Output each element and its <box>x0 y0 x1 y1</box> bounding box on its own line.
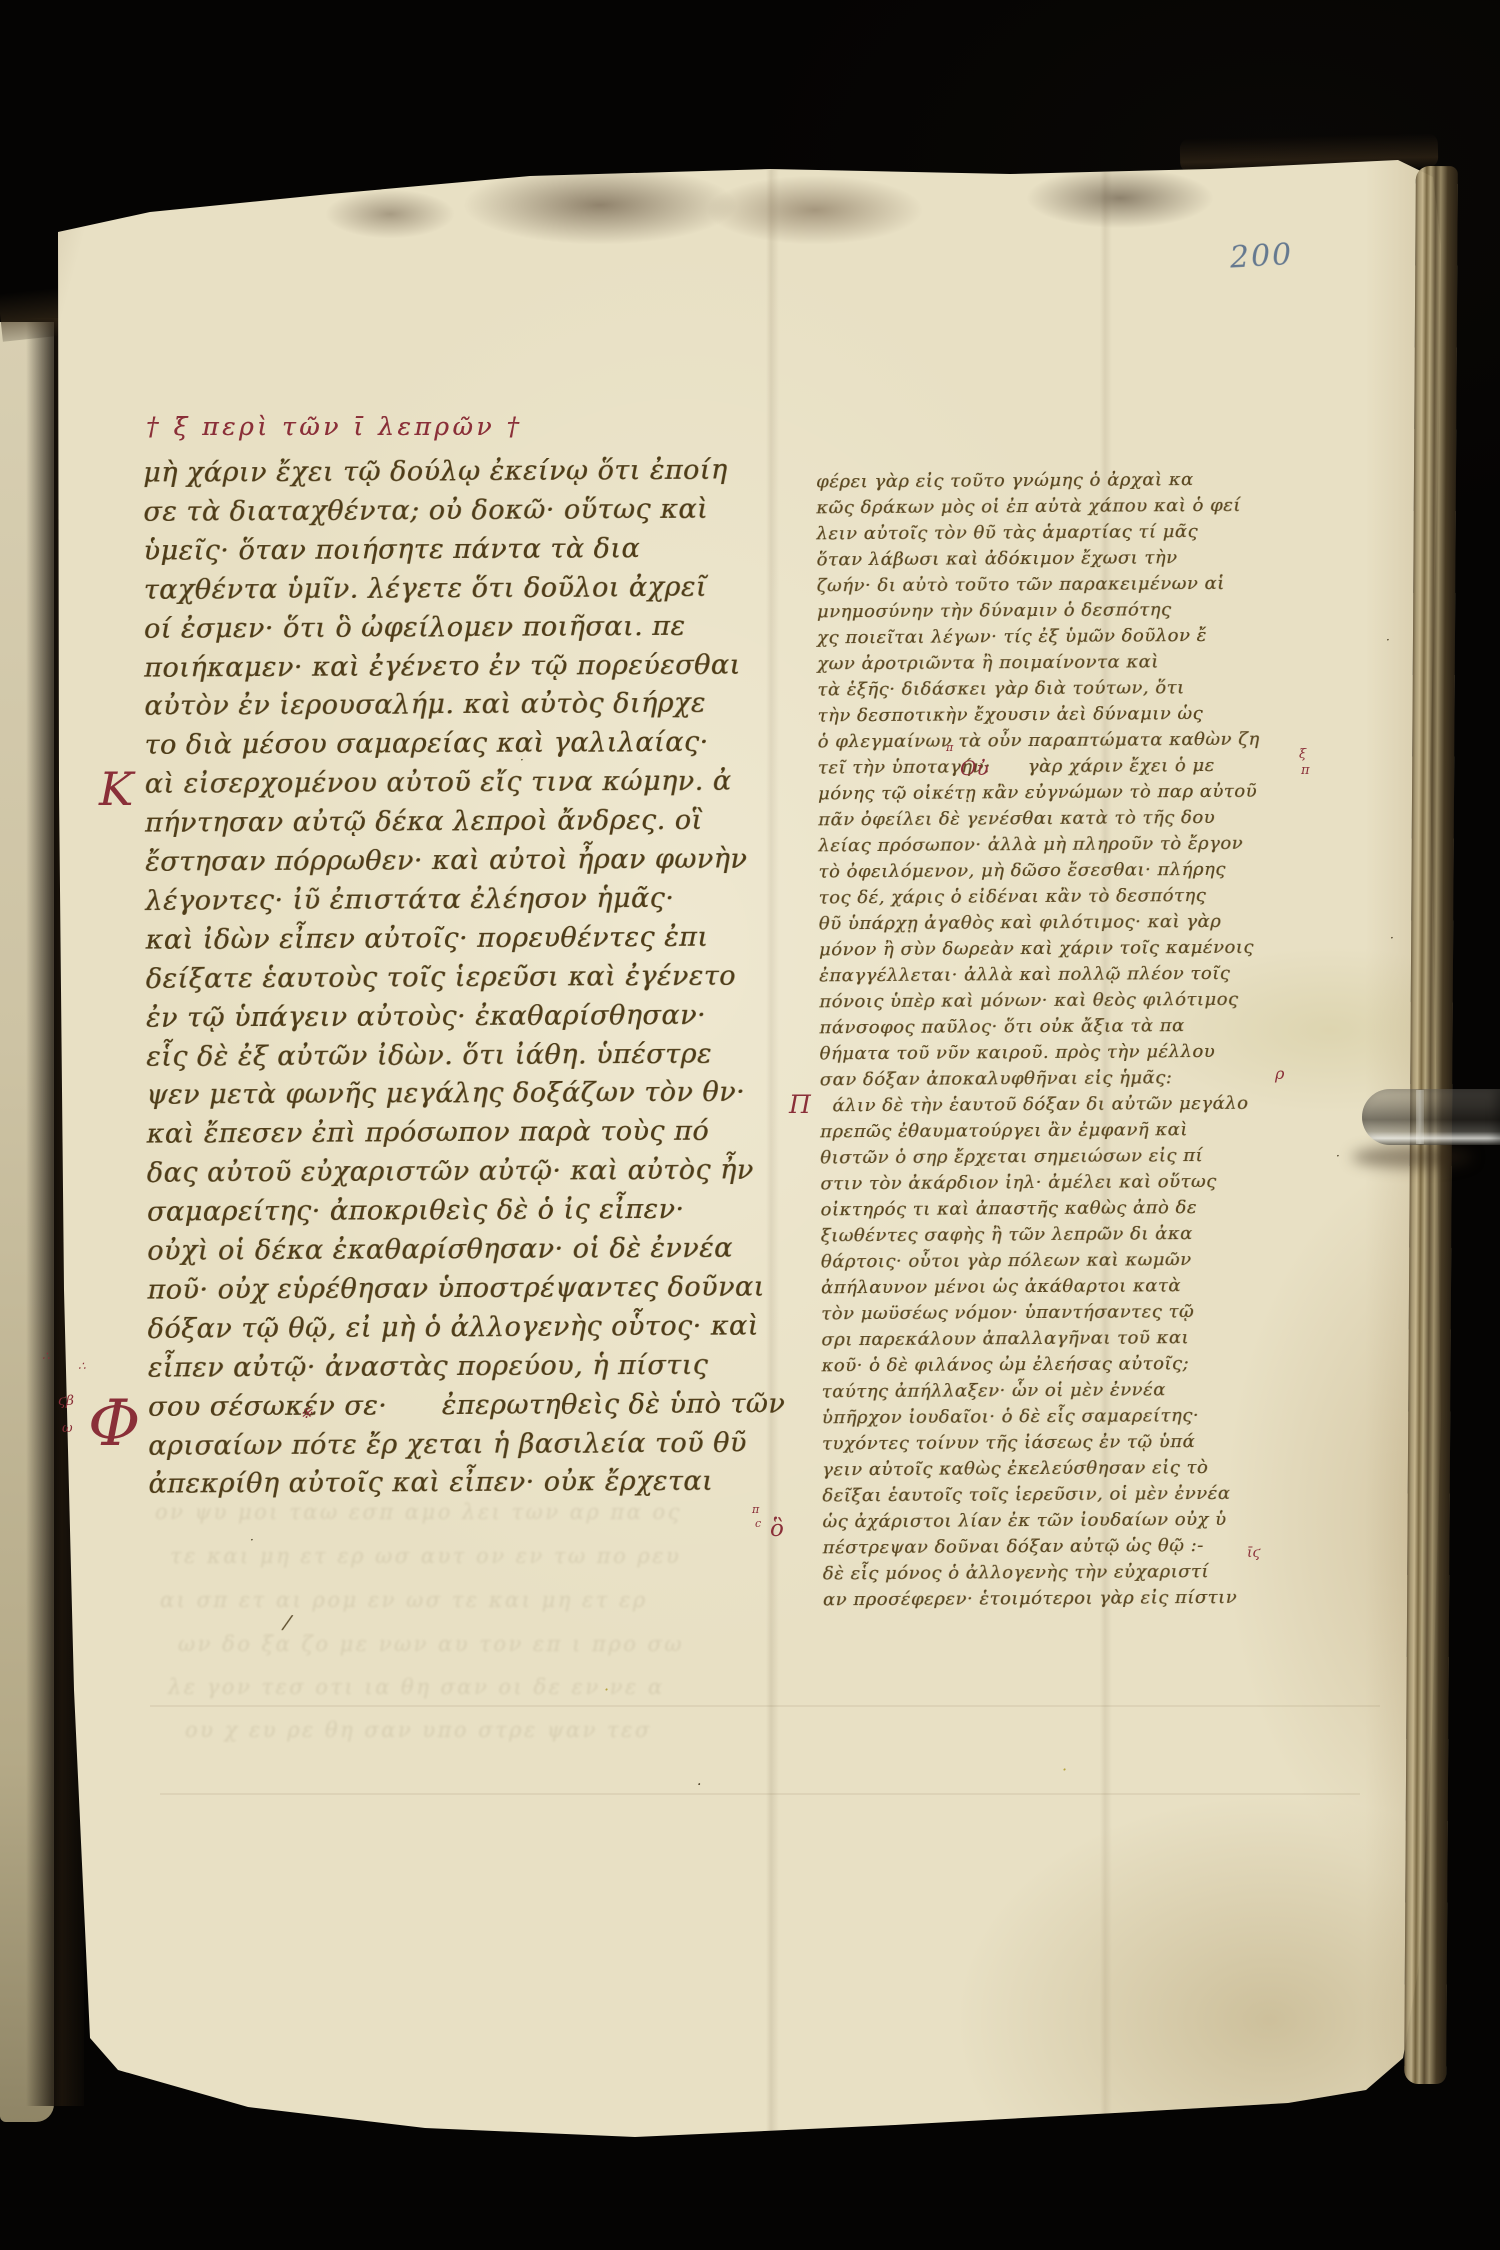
manuscript-line: φέρει γὰρ εἰς τοῦτο γνώμης ὁ ἀρχαὶ κα <box>816 469 1194 492</box>
manuscript-line: ἐν τῷ ὑπάγειν αὐτοὺς· ἐκαθαρίσθησαν· <box>146 999 706 1033</box>
manuscript-line: αν προσέφερεν· ἑτοιμότεροι γὰρ εἰς πίστι… <box>823 1587 1237 1611</box>
gospel-text-column: μὴ χάριν ἔχει τῷ δούλῳ ἐκείνῳ ὅτι ἐποίησ… <box>143 454 763 457</box>
marginal-mark: · <box>520 754 524 766</box>
manuscript-line: δας αὐτοῦ εὐχαριστῶν αὐτῷ· καὶ αὐτὸς ἦν <box>147 1155 754 1189</box>
manuscript-line: ἀπεκρίθη αὐτοῖς καὶ εἶπεν· οὐκ ἔρχεται <box>148 1466 713 1500</box>
manuscript-line: μνημοσύνην τὴν δύναμιν ὁ δεσπότης <box>817 599 1172 622</box>
manuscript-line: οί ἐσμεν· ὅτι ὃ ὠφείλομεν ποιῆσαι. πε <box>144 610 686 644</box>
manuscript-line: αρισαίων πότε ἔρ χεται ἡ βασιλεία τοῦ θῦ <box>148 1427 747 1461</box>
manuscript-line: ἀπήλαυνον μένοι ὡς ἀκάθαρτοι κατὰ <box>821 1275 1181 1298</box>
manuscript-line: τὸ ὀφειλόμενον, μὴ δῶσο ἔσεσθαι· πλήρης <box>818 859 1225 882</box>
manuscript-line: ταύτης ἀπήλλαξεν· ὧν οἱ μὲν ἐννέα <box>822 1379 1166 1402</box>
marginal-mark: · <box>1386 634 1390 646</box>
manuscript-line: θάρτοις· οὗτοι γὰρ πόλεων καὶ κωμῶν <box>821 1249 1192 1272</box>
manuscript-line: οὐχὶ οἱ δέκα ἐκαθαρίσθησαν· οἱ δὲ ἐννέα <box>147 1233 733 1267</box>
marginal-mark: c <box>755 1518 761 1529</box>
marginal-mark: ὃ <box>770 1518 784 1541</box>
marginal-mark: ϛβ <box>58 1394 74 1408</box>
manuscript-photograph: † ξ̄ περὶ τῶν ῑ λεπρῶν † μὴ χάριν ἔχει τ… <box>0 0 1500 2250</box>
marginal-mark: π <box>946 742 953 753</box>
manuscript-line: θήματα τοῦ νῦν καιροῦ. πρὸς τὴν μέλλου <box>819 1041 1215 1064</box>
manuscript-line: λείας πρόσωπον· ἀλλὰ μὴ πληροῦν τὸ ἔργον <box>818 833 1243 857</box>
manuscript-line: χς ποιεῖται λέγων· τίς ἐξ ὑμῶν δοῦλον ἔ <box>817 625 1207 648</box>
manuscript-line: πάνσοφος παῦλος· ὅτι οὐκ ἄξια τὰ πα <box>819 1015 1184 1038</box>
manuscript-line: ταχθέντα ὑμῖν. λέγετε ὅτι δοῦλοι ἀχρεῖ <box>144 571 707 605</box>
manuscript-line: αὐτὸν ἐν ἱερουσαλήμ. καὶ αὐτὸς διήρχε <box>144 688 706 722</box>
manuscript-line: αὶ εἰσερχομένου αὐτοῦ εἴς τινα κώμην. ἀ <box>145 766 732 800</box>
manuscript-line: τος δέ, χάρις ὁ εἰδέναι κἂν τὸ δεσπότης <box>819 885 1207 908</box>
manuscript-line: ἐπαγγέλλεται· ἀλλὰ καὶ πολλῷ πλέον τοῖς <box>819 963 1230 987</box>
marginal-mark: · <box>250 1534 254 1546</box>
manuscript-line: τὸν μωϋσέως νόμον· ὑπαντήσαντες τῷ <box>821 1301 1194 1324</box>
chapter-rubric-title: † ξ̄ περὶ τῶν ῑ λεπρῶν † <box>146 412 522 441</box>
manuscript-line: τεῖ τὴν ὑποταγήν: γὰρ χάριν ἔχει ὁ με <box>818 755 1215 778</box>
marginal-mark: ∴ <box>42 1350 50 1362</box>
manuscript-line: δόξαν τῷ θῷ, εἰ μὴ ὁ ἀλλογενὴς οὗτος· κα… <box>147 1310 758 1344</box>
manuscript-line: ὅταν λάβωσι καὶ ἀδόκιμον ἔχωσι τὴν <box>816 547 1177 570</box>
marginal-mark: ∴ <box>78 1360 86 1372</box>
marginal-mark: ῑϛ <box>1247 1546 1260 1560</box>
bleedthrough-line: τε και μη ετ ερ ωσ αυτ ον εν τω πο ρευ <box>170 1544 681 1568</box>
manuscript-line: στιν τὸν ἀκάρδιον ἰηλ· ἀμέλει καὶ οὕτως <box>820 1171 1216 1194</box>
commentary-text-column: φέρει γὰρ εἰς τοῦτο γνώμης ὁ ἀρχαὶ κακῶς… <box>816 469 1256 472</box>
ruling-line <box>160 1793 1360 1795</box>
manuscript-line: μόνον ἢ σὺν δωρεὰν καὶ χάριν τοῖς καμένο… <box>819 937 1254 961</box>
manuscript-line: τὰ ἑξῆς· διδάσκει γὰρ διὰ τούτων, ὅτι <box>817 677 1184 700</box>
marginal-mark: π <box>752 1504 759 1515</box>
manuscript-line: δεῖξαι ἑαυτοῖς τοῖς ἱερεῦσιν, οἱ μὲν ἐνν… <box>822 1483 1230 1506</box>
manuscript-line: πέστρεψαν δοῦναι δόξαν αὐτῷ ὡς θῷ :- <box>823 1535 1204 1558</box>
manuscript-line: ζωήν· δι αὐτὸ τοῦτο τῶν παρακειμένων αἱ <box>817 573 1225 596</box>
marginal-mark: Οὐ <box>960 758 989 778</box>
manuscript-line: ψεν μετὰ φωνῆς μεγάλης δοξάζων τὸν θν· <box>146 1077 745 1111</box>
rod-shadow <box>1352 1146 1472 1168</box>
parchment-page: † ξ̄ περὶ τῶν ῑ λεπρῶν † μὴ χάριν ἔχει τ… <box>0 0 1500 2250</box>
marginal-mark: π <box>1301 764 1310 777</box>
marginal-mark: · <box>1390 932 1394 944</box>
manuscript-line: πόνοις ὑπὲρ καὶ μόνων· καὶ θεὸς φιλότιμο… <box>819 989 1238 1013</box>
manuscript-line: χων ἀροτριῶντα ἢ ποιμαίνοντα καὶ <box>817 651 1159 674</box>
manuscript-line: κῶς δράκων μὸς οἱ ἐπ αὐτὰ χάπου καὶ ὁ φε… <box>816 495 1241 519</box>
manuscript-line: ποιήκαμεν· καὶ ἐγένετο ἐν τῷ πορεύεσθαι <box>144 649 741 683</box>
ruling-line <box>150 1705 1380 1707</box>
manuscript-line: δὲ εἷς μόνος ὁ ἀλλογενὴς τὴν εὐχαριστί <box>823 1561 1209 1584</box>
manuscript-line: το διὰ μέσου σαμαρείας καὶ γαλιλαίας· <box>144 727 708 761</box>
marginal-mark: ω <box>62 1422 73 1435</box>
manuscript-line: πᾶν ὀφείλει δὲ γενέσθαι κατὰ τὸ τῆς δου <box>818 807 1215 830</box>
marginal-mark: ξ <box>1299 748 1306 761</box>
manuscript-line: θιστῶν ὁ σηρ ἔρχεται σημειώσων εἰς πί <box>820 1145 1203 1168</box>
manuscript-line: σαμαρείτης· ἀποκριθεὶς δὲ ὁ ἰς εἶπεν· <box>147 1194 685 1228</box>
manuscript-line: τυχόντες τοίνυν τῆς ἰάσεως ἐν τῷ ὑπά <box>822 1431 1195 1454</box>
folio-number: 200 <box>1229 240 1294 273</box>
bleedthrough-line: ον ψυ μοι ταω εσπ αμο λει των αρ πα ος <box>155 1500 682 1524</box>
manuscript-line: ὑμεῖς· ὅταν ποιήσητε πάντα τὰ δια <box>143 533 640 567</box>
manuscript-line: μόνης τῷ οἰκέτῃ κἂν εὐγνώμων τὸ παρ αὐτο… <box>818 781 1257 805</box>
page-holder-rod-highlight <box>1416 1090 1424 1144</box>
manuscript-line: ἔστησαν πόρρωθεν· καὶ αὐτοὶ ἦραν φωνὴν <box>145 843 747 877</box>
page-holder-rod <box>1362 1089 1500 1145</box>
manuscript-line: λέγοντες· ἰῦ ἐπιστάτα ἐλέησον ἡμᾶς· <box>145 883 674 917</box>
marginal-mark: · <box>604 1682 609 1698</box>
manuscript-line: γειν αὐτοῖς καθὼς ἐκελεύσθησαν εἰς τὸ <box>822 1457 1208 1480</box>
marginal-mark: Κ <box>99 766 133 812</box>
manuscript-line: ὡς ἀχάριστοι λίαν ἐκ τῶν ἰουδαίων οὐχ ὑ <box>822 1509 1226 1532</box>
bleedthrough-line: λε γον τεσ οτι ια θη σαν οι δε εν νε α <box>168 1675 665 1699</box>
manuscript-line: άλιν δὲ τὴν ἑαυτοῦ δόξαν δι αὐτῶν μεγάλο <box>820 1093 1249 1117</box>
manuscript-line: σου σέσωκέν σε· ἐπερωτηθεὶς δὲ ὑπὸ τῶν <box>148 1388 785 1422</box>
manuscript-line: ὑπῆρχον ἰουδαῖοι· ὁ δὲ εἷς σαμαρείτης· <box>822 1405 1199 1428</box>
manuscript-line: ξιωθέντες σαφὴς ἢ τῶν λεπρῶν δι ἀκα <box>821 1223 1193 1246</box>
manuscript-line: μὴ χάριν ἔχει τῷ δούλῳ ἐκείνῳ ὅτι ἐποίη <box>143 455 728 489</box>
manuscript-line: οἰκτηρός τι καὶ ἀπαστῆς καθὼς ἀπὸ δε <box>820 1197 1197 1220</box>
manuscript-line: καὶ ἔπεσεν ἐπὶ πρόσωπον παρὰ τοὺς πό <box>146 1116 709 1150</box>
marginal-mark: Φ <box>88 1392 140 1456</box>
marginal-mark: · <box>1336 1150 1340 1162</box>
manuscript-line: εἶπεν αὐτῷ· ἀναστὰς πορεύου, ἡ πίστις <box>148 1349 709 1383</box>
manuscript-line: κοῦ· ὁ δὲ φιλάνος ὠμ ἐλεήσας αὐτοῖς; <box>821 1353 1189 1376</box>
manuscript-line: ποῦ· οὐχ εὑρέθησαν ὑποστρέψαντες δοῦναι <box>147 1271 764 1305</box>
marginal-mark: · <box>1062 1762 1067 1778</box>
bleedthrough-line: ου χ ευ ρε θη σαν υπο στρε ψαν τεσ <box>185 1718 652 1742</box>
bleedthrough-line: ων δο ξα ζο με νων αυ τον επ ι προ σω <box>178 1632 684 1656</box>
manuscript-line: εἷς δὲ ἐξ αὐτῶν ἰδὼν. ὅτι ἰάθη. ὑπέστρε <box>146 1038 712 1072</box>
manuscript-line: σαν δόξαν ἀποκαλυφθῆναι εἰς ἡμᾶς: <box>820 1067 1173 1090</box>
manuscript-line: δείξατε ἑαυτοὺς τοῖς ἱερεῦσι καὶ ἐγένετο <box>146 960 736 994</box>
manuscript-line: σε τὰ διαταχθέντα; οὐ δοκῶ· οὕτως καὶ <box>143 494 708 528</box>
manuscript-line: σρι παρεκάλουν ἀπαλλαγῆναι τοῦ και <box>821 1327 1189 1350</box>
manuscript-line: ὁ φλεγμαίνων τὰ οὖν παραπτώματα καθὼν ζη <box>818 729 1260 753</box>
marginal-mark: Π <box>789 1092 811 1117</box>
bleedthrough-line: αι σπ ετ αι ρομ εν ωσ τε και μη ετ ερ <box>160 1588 648 1612</box>
manuscript-line: καὶ ἰδὼν εἶπεν αὐτοῖς· πορευθέντες ἐπι <box>145 921 708 955</box>
manuscript-line: πήντησαν αὐτῷ δέκα λεπροὶ ἄνδρες. οἳ <box>145 805 703 839</box>
manuscript-line: θῦ ὑπάρχῃ ἀγαθὸς καὶ φιλότιμος· καὶ γὰρ <box>819 911 1222 934</box>
marginal-mark: ※ <box>300 1406 313 1421</box>
manuscript-line: λειν αὐτοῖς τὸν θῦ τὰς ἁμαρτίας τί μᾶς <box>816 521 1198 544</box>
marginal-mark: ρ <box>1275 1066 1284 1082</box>
manuscript-line: πρεπῶς ἐθαυματούργει ἂν ἐμφανῆ καὶ <box>820 1119 1188 1142</box>
manuscript-line: τὴν δεσποτικὴν ἔχουσιν ἀεὶ δύναμιν ὡς <box>817 703 1203 726</box>
marginal-mark: · <box>697 1778 701 1792</box>
